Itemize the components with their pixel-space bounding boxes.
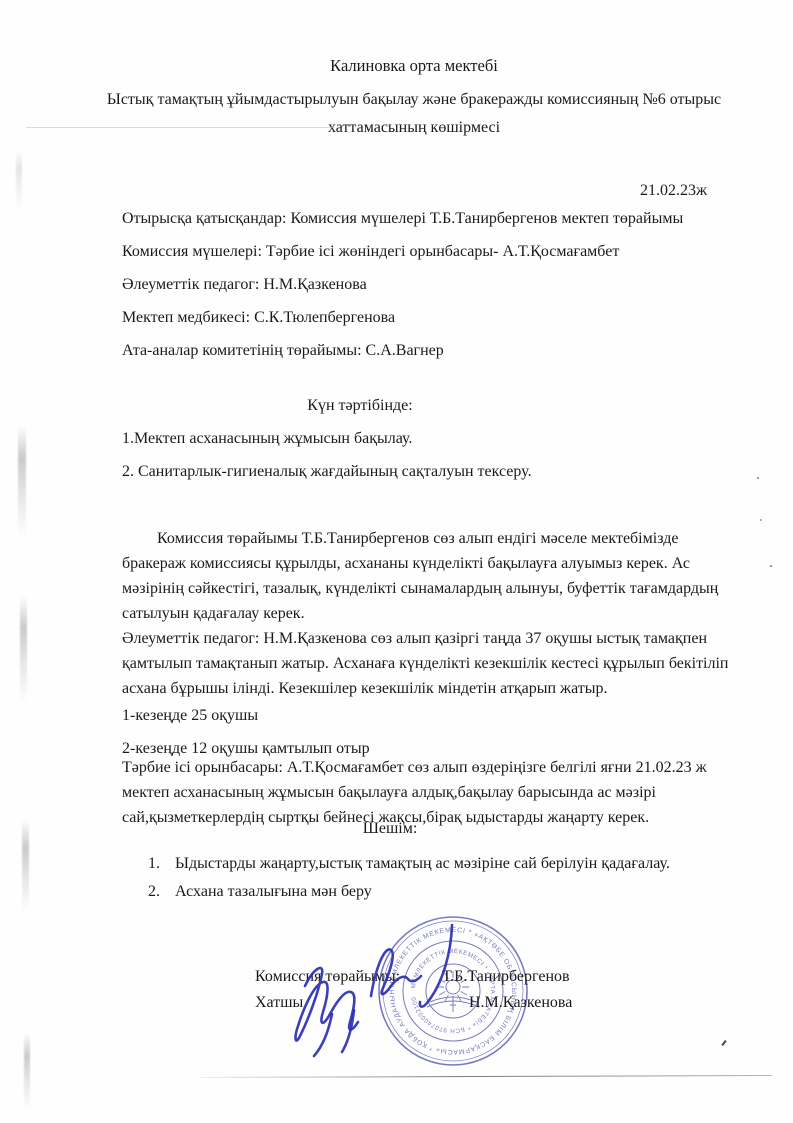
phase-count-line-1: 1-кезеңде 25 оқушы <box>122 707 258 725</box>
scan-speck <box>760 519 762 521</box>
decision-item: 1. Ыдыстарды жаңарту,ыстық тамақтың ас м… <box>148 854 768 874</box>
paragraph-line: қамтылып тамақтанып жатыр. Асханаға күнд… <box>122 651 722 676</box>
signature-role-secretary: Хатшы <box>255 994 303 1012</box>
signature-name-chairman: Т.Б.Танирбергенов <box>442 968 570 986</box>
speech-paragraph-chairman: Комиссия төрайымы Т.Б.Танирбергенов сөз … <box>122 526 722 626</box>
agenda-item: 2. Санитарлык-гигиеналық жағдайының сақт… <box>122 462 742 481</box>
speech-paragraph-deputy: Тәрбие ісі орынбасары: А.Т.Қосмағамбет с… <box>122 755 722 830</box>
agenda-item: 1.Мектеп асханасының жұмысын бақылау. <box>122 429 742 448</box>
scan-streak-artifact <box>18 425 26 537</box>
paragraph-line: сатылуын қадағалау керек. <box>122 601 722 626</box>
speech-paragraph-pedagog: Әлеуметтік педагог: Н.М.Қазкенова сөз ал… <box>122 626 722 701</box>
signature-name-secretary: Н.М.Қазкенова <box>469 994 572 1012</box>
signature-role-chairman: Комиссия төрайымы: <box>255 968 400 986</box>
official-round-stamp: МЕМЛЕКЕТТІК МЕКЕМЕСІ * «АҚТӨБЕ ОБЛЫСЫНЫҢ… <box>368 906 538 1076</box>
scan-speck <box>757 477 759 479</box>
document-title-line-1: Ыстық тамақтың ұйымдастырылуын бақылау ж… <box>0 86 793 114</box>
agenda-items: 1.Мектеп асханасының жұмысын бақылау. 2.… <box>122 429 742 495</box>
agenda-heading: Күн тәртібінде: <box>0 397 720 415</box>
participants-line: Отырысқа қатысқандар: Комиссия мүшелері … <box>122 209 732 228</box>
decision-item-text: Ыдыстарды жаңарту,ыстық тамақтың ас мәзі… <box>175 854 670 874</box>
decision-heading: Шешім: <box>0 820 780 838</box>
participants-line: Мектеп медбикесі: С.К.Тюлепбергенова <box>122 308 732 327</box>
scan-streak-artifact <box>24 1033 30 1109</box>
secretary-signature-stroke <box>314 1014 332 1056</box>
participants-line: Ата-аналар комитетінің төрайымы: С.А.Ваг… <box>122 341 732 360</box>
svg-text:МЕМЛЕКЕТТІК МЕКЕМЕСІ * «ОРТА М: МЕМЛЕКЕТТІК МЕКЕМЕСІ * «ОРТА МЕКТЕБІ» * … <box>410 948 496 1034</box>
paragraph-line: Әлеуметтік педагог: Н.М.Қазкенова сөз ал… <box>122 626 722 651</box>
scanned-document-page: Калиновка орта мектебі Ыстық тамақтың ұй… <box>0 0 793 1123</box>
document-title: Ыстық тамақтың ұйымдастырылуын бақылау ж… <box>0 86 793 142</box>
scan-speck <box>721 1040 726 1046</box>
decision-list: 1. Ыдыстарды жаңарту,ыстық тамақтың ас м… <box>148 854 768 910</box>
paper-edge-line <box>26 127 334 128</box>
scan-streak-artifact <box>16 150 22 212</box>
scan-speck <box>770 565 772 567</box>
participants-list: Отырысқа қатысқандар: Комиссия мүшелері … <box>122 209 732 374</box>
paragraph-line: Комиссия төрайымы Т.Б.Танирбергенов сөз … <box>122 526 722 551</box>
paragraph-line: мектеп асханасының жұмысын бақылауға алд… <box>122 780 722 805</box>
document-date: 21.02.23ж <box>0 182 707 200</box>
document-title-line-2: хаттамасының көшірмесі <box>0 114 793 142</box>
scan-streak-artifact <box>22 820 29 912</box>
decision-item-text: Асхана тазалығына мән беру <box>175 882 372 902</box>
school-name: Калиновка орта мектебі <box>0 56 793 76</box>
secretary-signature-stroke <box>342 1010 354 1052</box>
decision-item-number: 2. <box>148 882 175 902</box>
paragraph-line: асхана бұрышы ілінді. Кезекшілер кезекші… <box>122 676 722 701</box>
participants-line: Комиссия мүшелері: Тәрбие ісі жөніндегі … <box>122 242 732 261</box>
paragraph-line: Тәрбие ісі орынбасары: А.Т.Қосмағамбет с… <box>122 755 722 780</box>
paragraph-line: бракераж комиссиясы құрылды, асхананы кү… <box>122 551 722 576</box>
decision-item: 2. Асхана тазалығына мән беру <box>148 882 768 902</box>
paragraph-line: мәзірінің сәйкестігі, тазалық, күнделікт… <box>122 576 722 601</box>
stamp-inner-ring-text: МЕМЛЕКЕТТІК МЕКЕМЕСІ * «ОРТА МЕКТЕБІ» * … <box>410 948 496 1034</box>
decision-item-number: 1. <box>148 854 175 874</box>
participants-line: Әлеуметтік педагог: Н.М.Қазкенова <box>122 275 732 294</box>
scan-streak-artifact <box>20 596 27 702</box>
